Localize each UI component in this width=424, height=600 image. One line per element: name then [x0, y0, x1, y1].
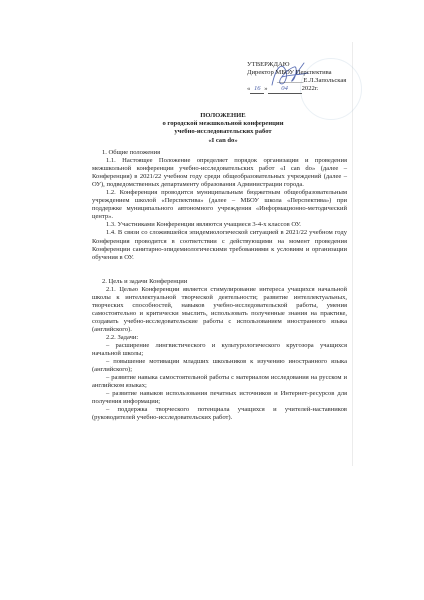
approval-position: Директор МБОУ Перспектива — [247, 69, 357, 77]
date-month: 04 — [268, 85, 302, 94]
document-subtitle-3: «I can do» — [92, 137, 354, 145]
paragraph-2-1: 2.1. Целью Конференции является стимулир… — [92, 286, 347, 334]
document-body: 1. Общие положения 1.1. Настоящее Положе… — [92, 149, 347, 423]
paragraph-1-2: 1.2. Конференция проводится муниципальны… — [92, 189, 347, 221]
approval-date: «16»042022г. — [247, 85, 357, 94]
paragraph-1-1: 1.1. Настоящее Положение определяет поря… — [92, 157, 347, 189]
date-day: 16 — [250, 85, 264, 94]
section-1-heading: 1. Общие положения — [92, 149, 347, 157]
document-subtitle-2: учебно-исследовательских работ — [92, 128, 354, 136]
document-subtitle-1: о городской межшкольной конференции — [92, 120, 354, 128]
approval-name: ________Е.Л.Запольская — [247, 77, 357, 85]
approval-block: УТВЕРЖДАЮ Директор МБОУ Перспектива ____… — [247, 61, 357, 94]
task-item: – развитие навыков использования печатны… — [92, 390, 347, 406]
document-title: ПОЛОЖЕНИЕ — [92, 112, 354, 120]
paragraph-1-4: 1.4. В связи со сложившейся эпидемиологи… — [92, 229, 347, 261]
task-item: – расширение лингвистического и культуро… — [92, 342, 347, 358]
task-item: – развитие навыка самостоятельной работы… — [92, 374, 347, 390]
document-title-block: ПОЛОЖЕНИЕ о городской межшкольной конфер… — [92, 112, 354, 145]
section-2-heading: 2. Цель и задачи Конференции — [92, 278, 347, 286]
task-item: – поддержка творческого потенциала учащи… — [92, 406, 347, 422]
task-item: – повышение мотивации младших школьников… — [92, 358, 347, 374]
paragraph-2-2: 2.2. Задачи: — [92, 334, 347, 342]
approval-title: УТВЕРЖДАЮ — [247, 61, 357, 69]
paragraph-1-3: 1.3. Участниками Конференции являются уч… — [92, 221, 347, 229]
date-year: 2022г. — [302, 85, 319, 92]
